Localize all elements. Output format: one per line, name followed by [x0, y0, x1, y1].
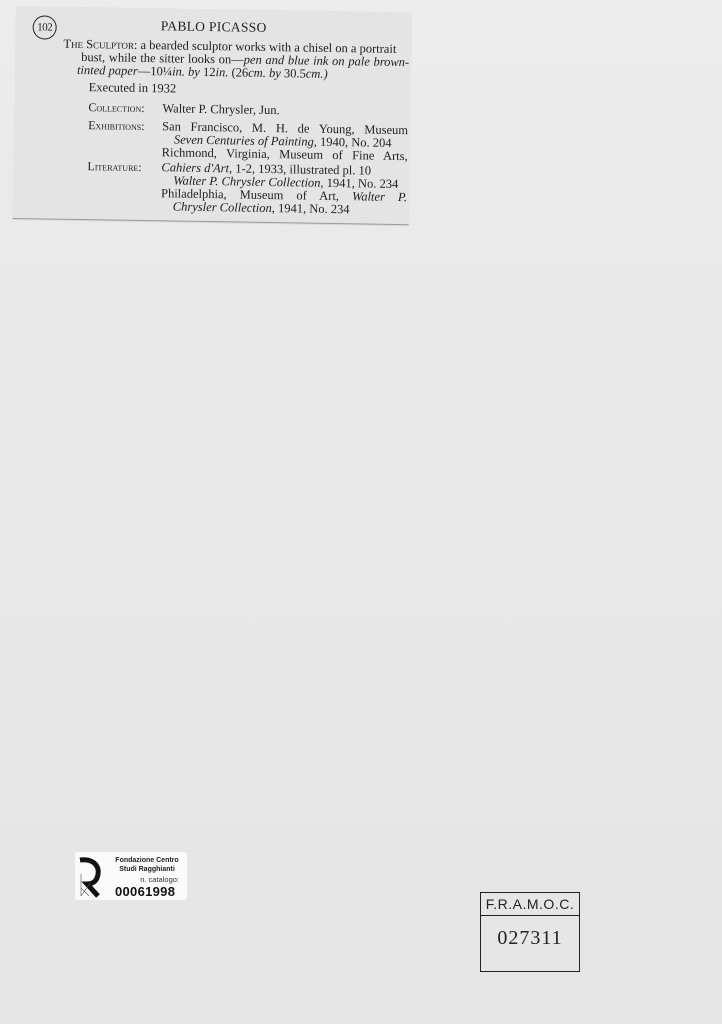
execution-date: Executed in 1932: [89, 81, 177, 95]
exhibitions-label: Exhibitions:: [88, 119, 162, 133]
ragghianti-logo-icon: [77, 856, 103, 898]
organization-name: Fondazione Centro Studi Ragghianti: [111, 856, 183, 874]
catalog-label: n. catalogo:: [140, 875, 179, 884]
literature-label: Literature:: [87, 160, 161, 174]
stamp-number: 027311: [481, 916, 579, 960]
catalog-number: 00061998: [115, 884, 175, 899]
collection-label: Collection:: [88, 101, 162, 115]
collection-value: Walter P. Chrysler, Jun.: [162, 101, 279, 117]
artwork-description: The Sculptor: a bearded sculptor works w…: [63, 38, 410, 82]
catalogue-clipping: 102 PABLO PICASSO The Sculptor: a bearde…: [13, 6, 412, 225]
framoc-stamp: F.R.A.M.O.C. 027311: [480, 892, 580, 972]
archive-sticker: Fondazione Centro Studi Ragghianti n. ca…: [75, 852, 187, 900]
collection-row: Collection:Walter P. Chrysler, Jun.: [88, 101, 279, 117]
artist-name: PABLO PICASSO: [16, 16, 412, 38]
exhibitions-section: Exhibitions: San Francisco, M. H. de You…: [88, 119, 408, 124]
stamp-header: F.R.A.M.O.C.: [481, 893, 579, 916]
